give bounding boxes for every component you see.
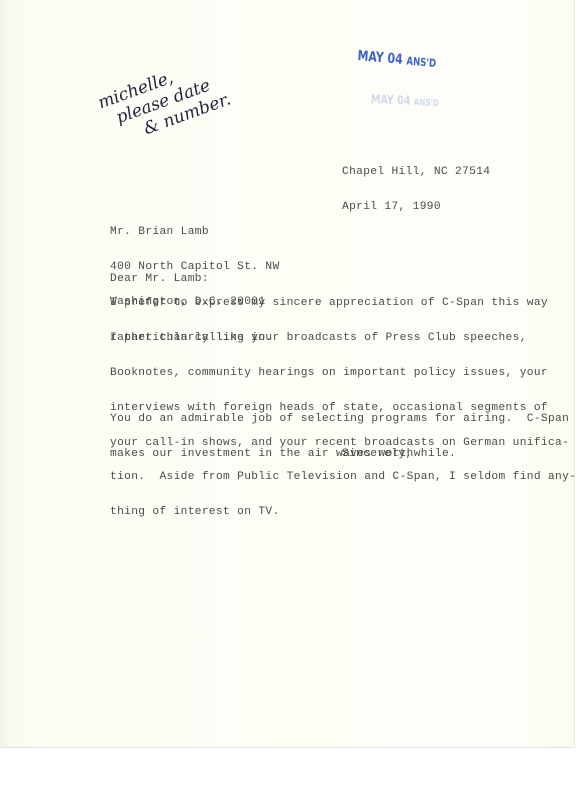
paragraph-line: I particularly like your broadcasts of P… — [110, 333, 576, 345]
ghost-stamp-date: MAY 04 — [371, 92, 411, 108]
letter-page: MAY 04 ANS'D MAY 04 ANS'D michelle, plea… — [0, 0, 575, 748]
closing: Sincerely, — [342, 426, 413, 484]
paragraph-line: makes our investment in the air waves wo… — [110, 449, 569, 461]
handwritten-note: michelle, please date & number. — [86, 52, 234, 155]
sender-address-block: Chapel Hill, NC 27514 April 17, 1990 — [342, 144, 490, 237]
received-date-stamp: MAY 04 ANS'D — [357, 48, 436, 71]
faded-date-stamp: MAY 04 ANS'D — [371, 92, 439, 109]
closing-text: Sincerely, — [342, 449, 413, 461]
paragraph-line: You do an admirable job of selecting pro… — [110, 414, 569, 426]
sender-city-line: Chapel Hill, NC 27514 — [342, 167, 490, 179]
stamp-suffix: ANS'D — [406, 54, 436, 70]
paragraph-line: I prefer to express my sincere appreciat… — [110, 298, 548, 310]
stamp-date: MAY 04 — [357, 48, 403, 68]
recipient-name: Mr. Brian Lamb — [110, 227, 280, 239]
paragraph-3: You do an admirable job of selecting pro… — [110, 391, 569, 484]
ghost-stamp-suffix: ANS'D — [414, 98, 439, 109]
letter-date: April 17, 1990 — [342, 202, 490, 214]
paragraph-line: thing of interest on TV. — [110, 507, 576, 519]
paragraph-line: Booknotes, community hearings on importa… — [110, 368, 576, 380]
